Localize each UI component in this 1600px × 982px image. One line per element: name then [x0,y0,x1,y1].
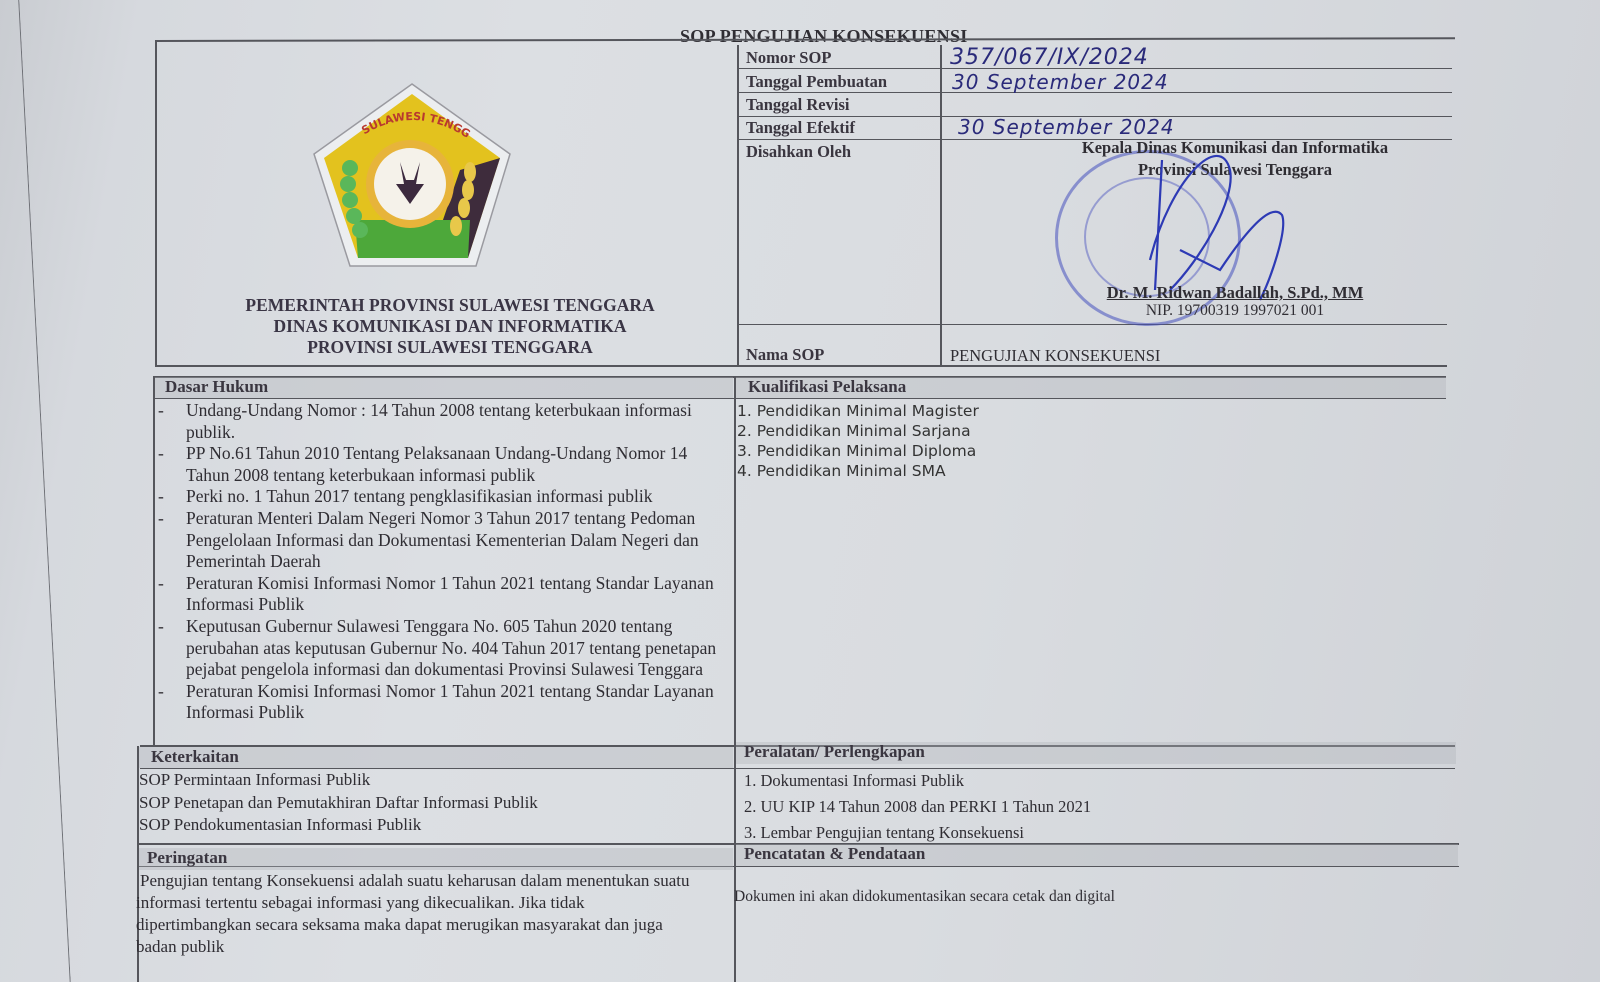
field-value-tanggal-pembuatan: 30 September 2024 [952,70,1169,94]
list-item: -Peraturan Komisi Informasi Nomor 1 Tahu… [158,681,718,724]
field-label-disahkan-oleh: Disahkan Oleh [746,142,851,162]
row-divider [737,324,1447,325]
keterkaitan-list: SOP Permintaan Informasi Publik SOP Pene… [139,769,538,837]
dasar-hukum-list: -Undang-Undang Nomor : 14 Tahun 2008 ten… [158,400,718,724]
list-item: 3. Lembar Pengujian tentang Konsekuensi [744,820,1091,846]
list-item: 1. Pendidikan Minimal Magister [737,401,979,421]
government-line-1: PEMERINTAH PROVINSI SULAWESI TENGGARA [160,295,740,315]
list-item: -PP No.61 Tahun 2010 Tentang Pelaksanaan… [158,443,718,486]
field-value-tanggal-efektif: 30 September 2024 [958,115,1175,139]
nama-sop-label: Nama SOP [746,345,824,365]
header-bottom-border [155,365,1447,367]
list-item: 2. UU KIP 14 Tahun 2008 dan PERKI 1 Tahu… [744,794,1091,820]
section-head-divider [153,398,1446,399]
pencatatan-heading: Pencatatan & Pendataan [736,844,1458,866]
list-item: -Undang-Undang Nomor : 14 Tahun 2008 ten… [158,400,718,443]
sulawesi-tenggara-emblem-icon: SULAWESI TENGGARA [310,80,515,270]
list-item: SOP Permintaan Informasi Publik [139,769,538,792]
peringatan-heading: Peringatan [139,848,733,870]
list-item: 1. Dokumentasi Informasi Publik [744,768,1091,794]
document-title: SOP PENGUJIAN KONSEKUENSI [680,26,968,47]
page-edge [0,0,71,982]
peralatan-heading: Peralatan/ Perlengkapan [736,742,1456,764]
field-value-nomor-sop: 357/067/IX/2024 [950,45,1149,70]
body-left-border [153,376,155,746]
kualifikasi-list: 1. Pendidikan Minimal Magister 2. Pendid… [737,401,979,481]
government-line-3: PROVINSI SULAWESI TENGGARA [160,337,740,357]
list-item: 4. Pendidikan Minimal SMA [737,461,979,481]
dasar-hukum-heading: Dasar Hukum [155,377,733,398]
list-item: SOP Penetapan dan Pemutakhiran Daftar In… [139,792,538,815]
field-label-tanggal-pembuatan: Tanggal Pembuatan [746,72,887,92]
list-item: -Keputusan Gubernur Sulawesi Tenggara No… [158,616,718,681]
nama-sop-value: PENGUJIAN KONSEKUENSI [950,345,1160,367]
pencatatan-text: Dokumen ini akan didokumentasikan secara… [734,886,1115,908]
peringatan-text: Pengujian tentang Konsekuensi adalah sua… [136,870,696,958]
list-item: 2. Pendidikan Minimal Sarjana [737,421,979,441]
field-label-nomor-sop: Nomor SOP [746,48,831,68]
list-item: SOP Pendokumentasian Informasi Publik [139,814,538,837]
header-value-border [940,45,942,367]
government-line-2: DINAS KOMUNIKASI DAN INFORMATIKA [160,316,740,336]
field-label-tanggal-efektif: Tanggal Efektif [746,118,855,138]
kualifikasi-pelaksana-heading: Kualifikasi Pelaksana [736,377,1446,398]
field-label-tanggal-revisi: Tanggal Revisi [746,95,849,115]
list-item: 3. Pendidikan Minimal Diploma [737,441,979,461]
approver-nip: NIP. 19700319 1997021 001 [1050,302,1420,320]
list-item: -Peraturan Komisi Informasi Nomor 1 Tahu… [158,573,718,616]
approver-name: Dr. M. Ridwan Badallah, S.Pd., MM [1050,283,1420,303]
header-left-border [155,40,157,366]
list-item: -Perki no. 1 Tahun 2017 tentang pengklas… [158,486,718,508]
peralatan-list: 1. Dokumentasi Informasi Publik 2. UU KI… [744,768,1091,846]
keterkaitan-heading: Keterkaitan [139,747,733,768]
list-item: -Peraturan Menteri Dalam Negeri Nomor 3 … [158,508,718,573]
